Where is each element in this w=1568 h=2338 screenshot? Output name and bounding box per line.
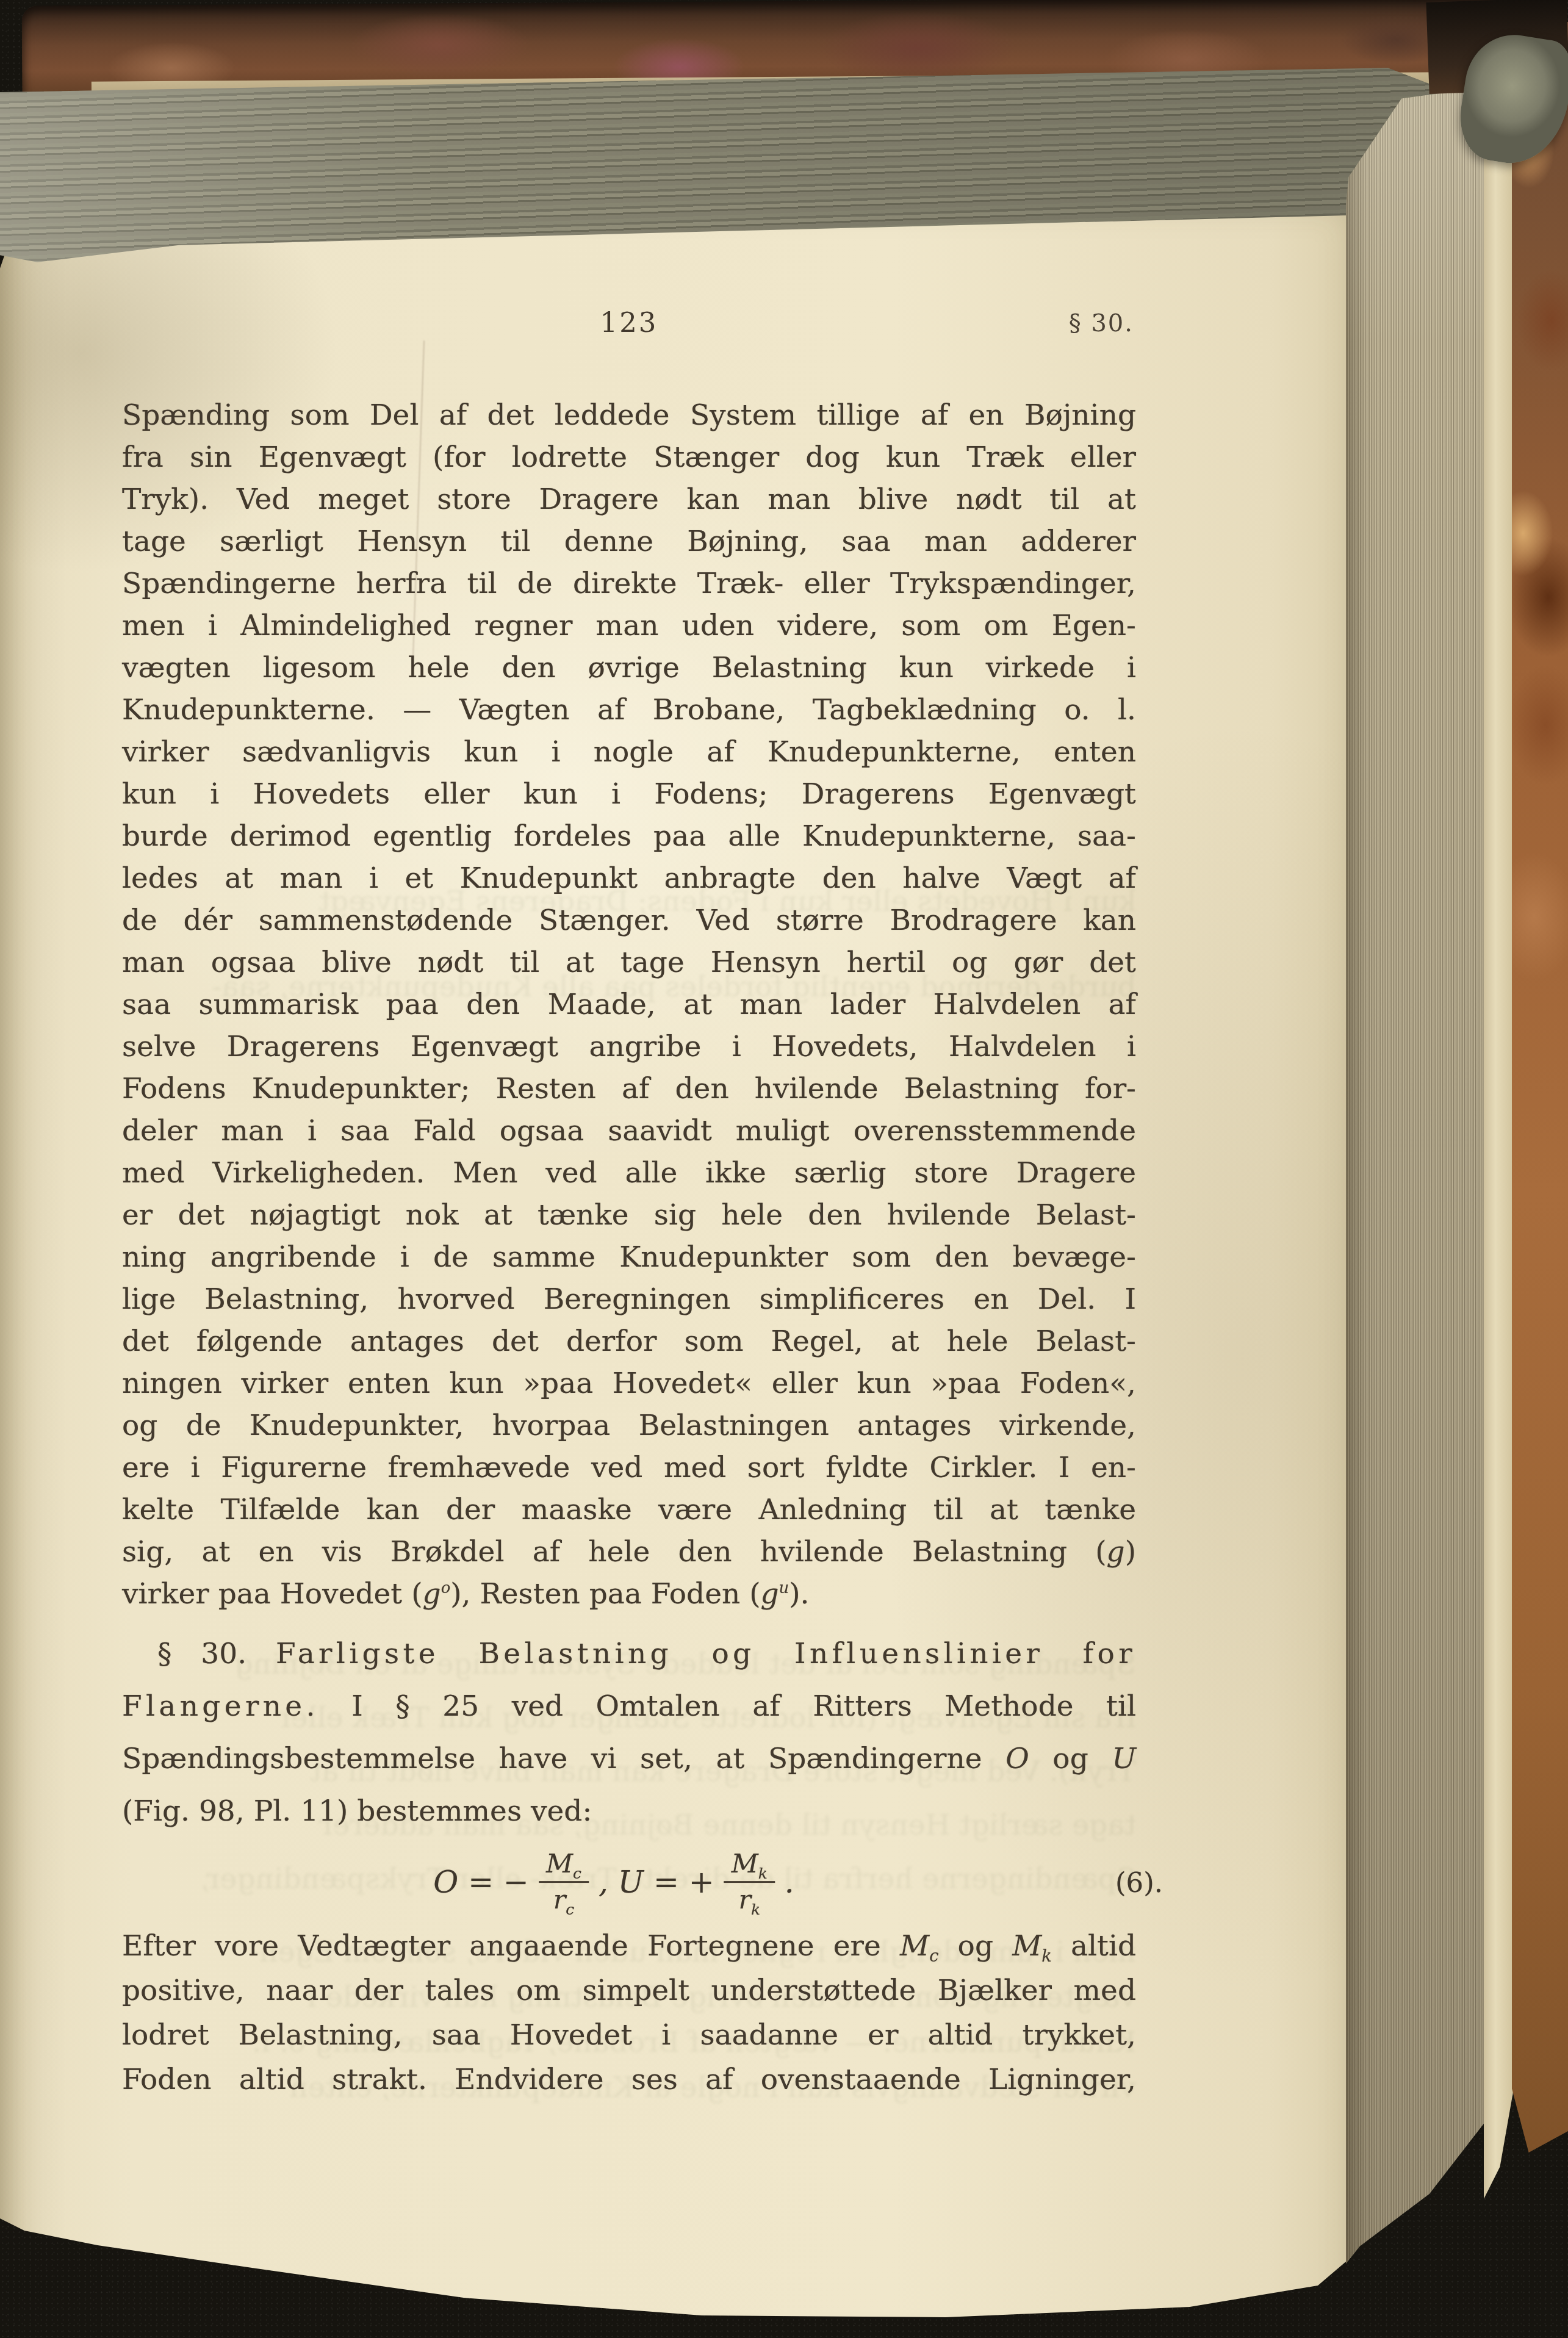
text-line: positive, naar der tales om simpelt unde… — [122, 1969, 1136, 2014]
book-scan: Spænding som Del af det leddede System t… — [0, 0, 1568, 2338]
text-line: Tryk). Ved meget store Dragere kan man b… — [122, 480, 1136, 522]
text-line: er det nøjagtigt nok at tænke sig hele d… — [122, 1195, 1136, 1237]
text-line: kelte Tilfælde kan der maaske være Anled… — [122, 1490, 1136, 1532]
text-line: Spænding som Del af det leddede System t… — [122, 395, 1136, 437]
eq-period: . — [785, 1865, 794, 1900]
page-header: 123 § 30. — [122, 306, 1136, 340]
text-line: lodret Belastning, saa Hovedet i saadann… — [122, 2014, 1136, 2059]
equation-number: (6). — [1115, 1866, 1163, 1899]
text-line: og de Knudepunkter, hvorpaa Belastningen… — [122, 1406, 1136, 1448]
text-line: Spændingerne herfra til de direkte Træk-… — [122, 564, 1136, 606]
text-line: selve Dragerens Egenvægt angribe i Hoved… — [122, 1027, 1136, 1069]
equation-expression: O = − Mc rc , U = + Mk rk . — [433, 1850, 794, 1915]
text-line: § 30. Farligste Belastning og Influensli… — [122, 1630, 1136, 1682]
printed-page-text: Spænding som Del af det leddede System t… — [122, 0, 1136, 2338]
equation-6: O = − Mc rc , U = + Mk rk . (6). — [122, 1840, 1136, 1925]
fraction-Mk-rk: Mk rk — [724, 1850, 775, 1915]
text-line: de dér sammenstødende Stænger. Ved størr… — [122, 901, 1136, 943]
text-line: Knudepunkterne. — Vægten af Brobane, Tag… — [122, 690, 1136, 732]
text-line: virker sædvanligvis kun i nogle af Knude… — [122, 732, 1136, 774]
paragraph-3: Efter vore Vedtægter angaaende Fortegnen… — [122, 1925, 1136, 2103]
text-line: ere i Figurerne fremhævede ved med sort … — [122, 1448, 1136, 1490]
text-line: med Virkeligheden. Men ved alle ikke sær… — [122, 1153, 1136, 1195]
eq-var-U: U — [618, 1865, 644, 1900]
text-line: ningen virker enten kun »paa Hovedet« el… — [122, 1364, 1136, 1406]
text-line: vægten ligesom hele den øvrige Belastnin… — [122, 648, 1136, 690]
text-line: sig, at en vis Brøkdel af hele den hvile… — [122, 1532, 1136, 1574]
text-line: man ogsaa blive nødt til at tage Hensyn … — [122, 943, 1136, 985]
fraction-Mc-rc: Mc rc — [539, 1850, 589, 1915]
eq-var-O: O — [433, 1865, 458, 1900]
back-page-sliver — [1484, 63, 1513, 2199]
text-line: Foden altid strakt. Endvidere ses af ove… — [122, 2059, 1136, 2103]
text-line: burde derimod egentlig fordeles paa alle… — [122, 816, 1136, 858]
text-line: det følgende antages det derfor som Rege… — [122, 1322, 1136, 1364]
text-line: (Fig. 98, Pl. 11) bestemmes ved: — [122, 1787, 1136, 1840]
text-line: ledes at man i et Knudepunkt anbragte de… — [122, 858, 1136, 901]
section-reference: § 30. — [1069, 309, 1134, 337]
text-line: lige Belastning, hvorved Beregningen sim… — [122, 1279, 1136, 1322]
eq-rel-1: = − — [468, 1865, 529, 1900]
section-30-paragraph: § 30. Farligste Belastning og Influensli… — [122, 1630, 1136, 1840]
text-line: Fodens Knudepunkter; Resten af den hvile… — [122, 1069, 1136, 1111]
text-line: tage særligt Hensyn til denne Bøjning, s… — [122, 522, 1136, 564]
page-gutter-shade — [0, 182, 73, 2320]
paragraph-1: Spænding som Del af det leddede System t… — [122, 395, 1136, 1616]
text-line: men i Almindelighed regner man uden vide… — [122, 606, 1136, 648]
text-column: Spænding som Del af det leddede System t… — [122, 395, 1136, 2103]
text-line: ning angribende i de samme Knudepunkter … — [122, 1237, 1136, 1279]
marbled-cover-edge — [1512, 22, 1568, 2153]
eq-comma: , — [599, 1865, 608, 1900]
text-line: Spændingsbestemmelse have vi set, at Spæ… — [122, 1735, 1136, 1787]
eq-rel-2: = + — [653, 1865, 714, 1900]
text-line: fra sin Egenvægt (for lodrette Stænger d… — [122, 437, 1136, 480]
text-line: saa summarisk paa den Maade, at man lade… — [122, 985, 1136, 1027]
page-number: 123 — [600, 306, 658, 339]
text-line: kun i Hovedets eller kun i Fodens; Drage… — [122, 774, 1136, 816]
text-line: virker paa Hovedet (go), Resten paa Fode… — [122, 1574, 1136, 1616]
text-line: Flangerne. I § 25 ved Omtalen af Ritters… — [122, 1682, 1136, 1735]
fore-edge-page-stack — [1346, 85, 1485, 2264]
text-line: Efter vore Vedtægter angaaende Fortegnen… — [122, 1925, 1136, 1969]
text-line: deler man i saa Fald ogsaa saavidt mulig… — [122, 1111, 1136, 1153]
